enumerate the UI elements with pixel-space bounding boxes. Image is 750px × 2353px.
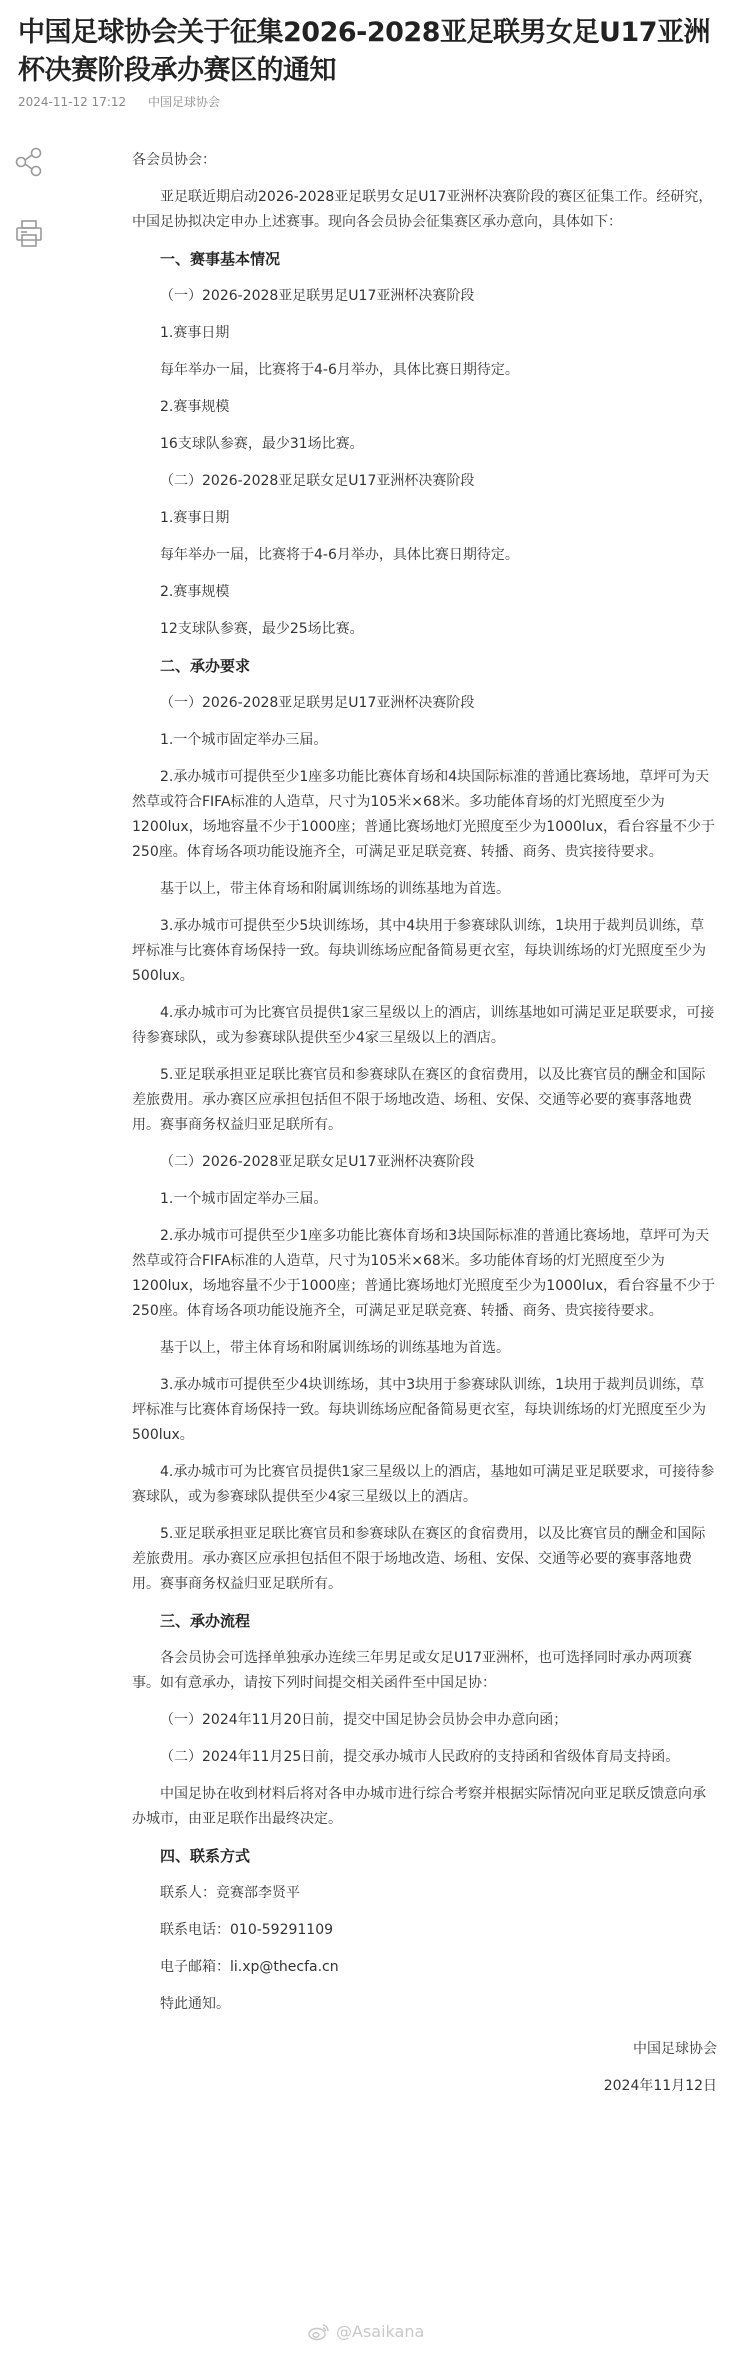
requirement-item: 5.亚足联承担亚足联比赛官员和参赛球队在赛区的食宿费用，以及比赛官员的酬金和国际…: [132, 1522, 717, 1597]
salutation: 各会员协会：: [132, 148, 717, 173]
closing-line: 特此通知。: [132, 1992, 717, 2017]
subsection-title: （二）2026-2028亚足联女足U17亚洲杯决赛阶段: [132, 469, 717, 494]
section-heading-1: 一、赛事基本情况: [132, 247, 717, 272]
publish-datetime: 2024-11-12 17:12: [18, 95, 126, 109]
requirement-item: 1.一个城市固定举办三届。: [132, 1187, 717, 1212]
requirement-item: 3.承办城市可提供至少4块训练场，其中3块用于参赛球队训练，1块用于裁判员训练，…: [132, 1373, 717, 1448]
share-icon[interactable]: [14, 147, 44, 177]
print-icon[interactable]: [14, 219, 44, 249]
subsection-title: （一）2026-2028亚足联男足U17亚洲杯决赛阶段: [132, 284, 717, 309]
intro-paragraph: 亚足联近期启动2026-2028亚足联男女足U17亚洲杯决赛阶段的赛区征集工作。…: [132, 185, 717, 235]
signature-org: 中国足球协会: [132, 2037, 717, 2062]
requirement-item: 2.承办城市可提供至少1座多功能比赛体育场和4块国际标准的普通比赛场地，草坪可为…: [132, 765, 717, 865]
side-actions: [14, 147, 50, 291]
item-text: 每年举办一届，比赛将于4-6月举办，具体比赛日期待定。: [132, 543, 717, 568]
section-heading-3: 三、承办流程: [132, 1609, 717, 1634]
section-heading-2: 二、承办要求: [132, 654, 717, 679]
section-heading-4: 四、联系方式: [132, 1844, 717, 1869]
article-source[interactable]: 中国足球协会: [148, 95, 220, 109]
requirement-item: 4.承办城市可为比赛官员提供1家三星级以上的酒店，基地如可满足亚足联要求，可接待…: [132, 1460, 717, 1510]
item-label: 2.赛事规模: [132, 395, 717, 420]
preference-note: 基于以上，带主体育场和附属训练场的训练基地为首选。: [132, 877, 717, 902]
watermark: @Asaikana: [308, 2322, 424, 2341]
process-paragraph: 中国足协在收到材料后将对各申办城市进行综合考察并根据实际情况向亚足联反馈意向承办…: [132, 1782, 717, 1832]
item-label: 1.赛事日期: [132, 506, 717, 531]
process-step: （一）2024年11月20日前，提交中国足协会员协会申办意向函；: [132, 1708, 717, 1733]
contact-phone: 联系电话：010-59291109: [132, 1918, 717, 1943]
article-meta: 2024-11-12 17:12 中国足球协会: [18, 93, 238, 110]
weibo-icon: [308, 2323, 330, 2341]
requirement-item: 3.承办城市可提供至少5块训练场，其中4块用于参赛球队训练，1块用于裁判员训练，…: [132, 914, 717, 989]
signature-date: 2024年11月12日: [132, 2074, 717, 2099]
item-text: 16支球队参赛，最少31场比赛。: [132, 432, 717, 457]
requirement-item: 1.一个城市固定举办三届。: [132, 728, 717, 753]
process-step: （二）2024年11月25日前，提交承办城市人民政府的支持函和省级体育局支持函。: [132, 1745, 717, 1770]
article-title: 中国足球协会关于征集2026-2028亚足联男女足U17亚洲杯决赛阶段承办赛区的…: [18, 14, 718, 90]
item-text: 12支球队参赛，最少25场比赛。: [132, 617, 717, 642]
requirement-item: 2.承办城市可提供至少1座多功能比赛体育场和3块国际标准的普通比赛场地，草坪可为…: [132, 1224, 717, 1324]
contact-email: 电子邮箱：li.xp@thecfa.cn: [132, 1955, 717, 1980]
requirement-item: 4.承办城市可为比赛官员提供1家三星级以上的酒店，训练基地如可满足亚足联要求，可…: [132, 1001, 717, 1051]
item-text: 每年举办一届，比赛将于4-6月举办，具体比赛日期待定。: [132, 358, 717, 383]
subsection-title: （一）2026-2028亚足联男足U17亚洲杯决赛阶段: [132, 691, 717, 716]
subsection-title: （二）2026-2028亚足联女足U17亚洲杯决赛阶段: [132, 1150, 717, 1175]
process-paragraph: 各会员协会可选择单独承办连续三年男足或女足U17亚洲杯，也可选择同时承办两项赛事…: [132, 1646, 717, 1696]
requirement-item: 5.亚足联承担亚足联比赛官员和参赛球队在赛区的食宿费用，以及比赛官员的酬金和国际…: [132, 1063, 717, 1138]
item-label: 2.赛事规模: [132, 580, 717, 605]
watermark-handle: @Asaikana: [336, 2322, 424, 2341]
preference-note: 基于以上，带主体育场和附属训练场的训练基地为首选。: [132, 1336, 717, 1361]
article-body: 各会员协会： 亚足联近期启动2026-2028亚足联男女足U17亚洲杯决赛阶段的…: [132, 148, 717, 2111]
contact-person: 联系人：竞赛部李贤平: [132, 1881, 717, 1906]
item-label: 1.赛事日期: [132, 321, 717, 346]
